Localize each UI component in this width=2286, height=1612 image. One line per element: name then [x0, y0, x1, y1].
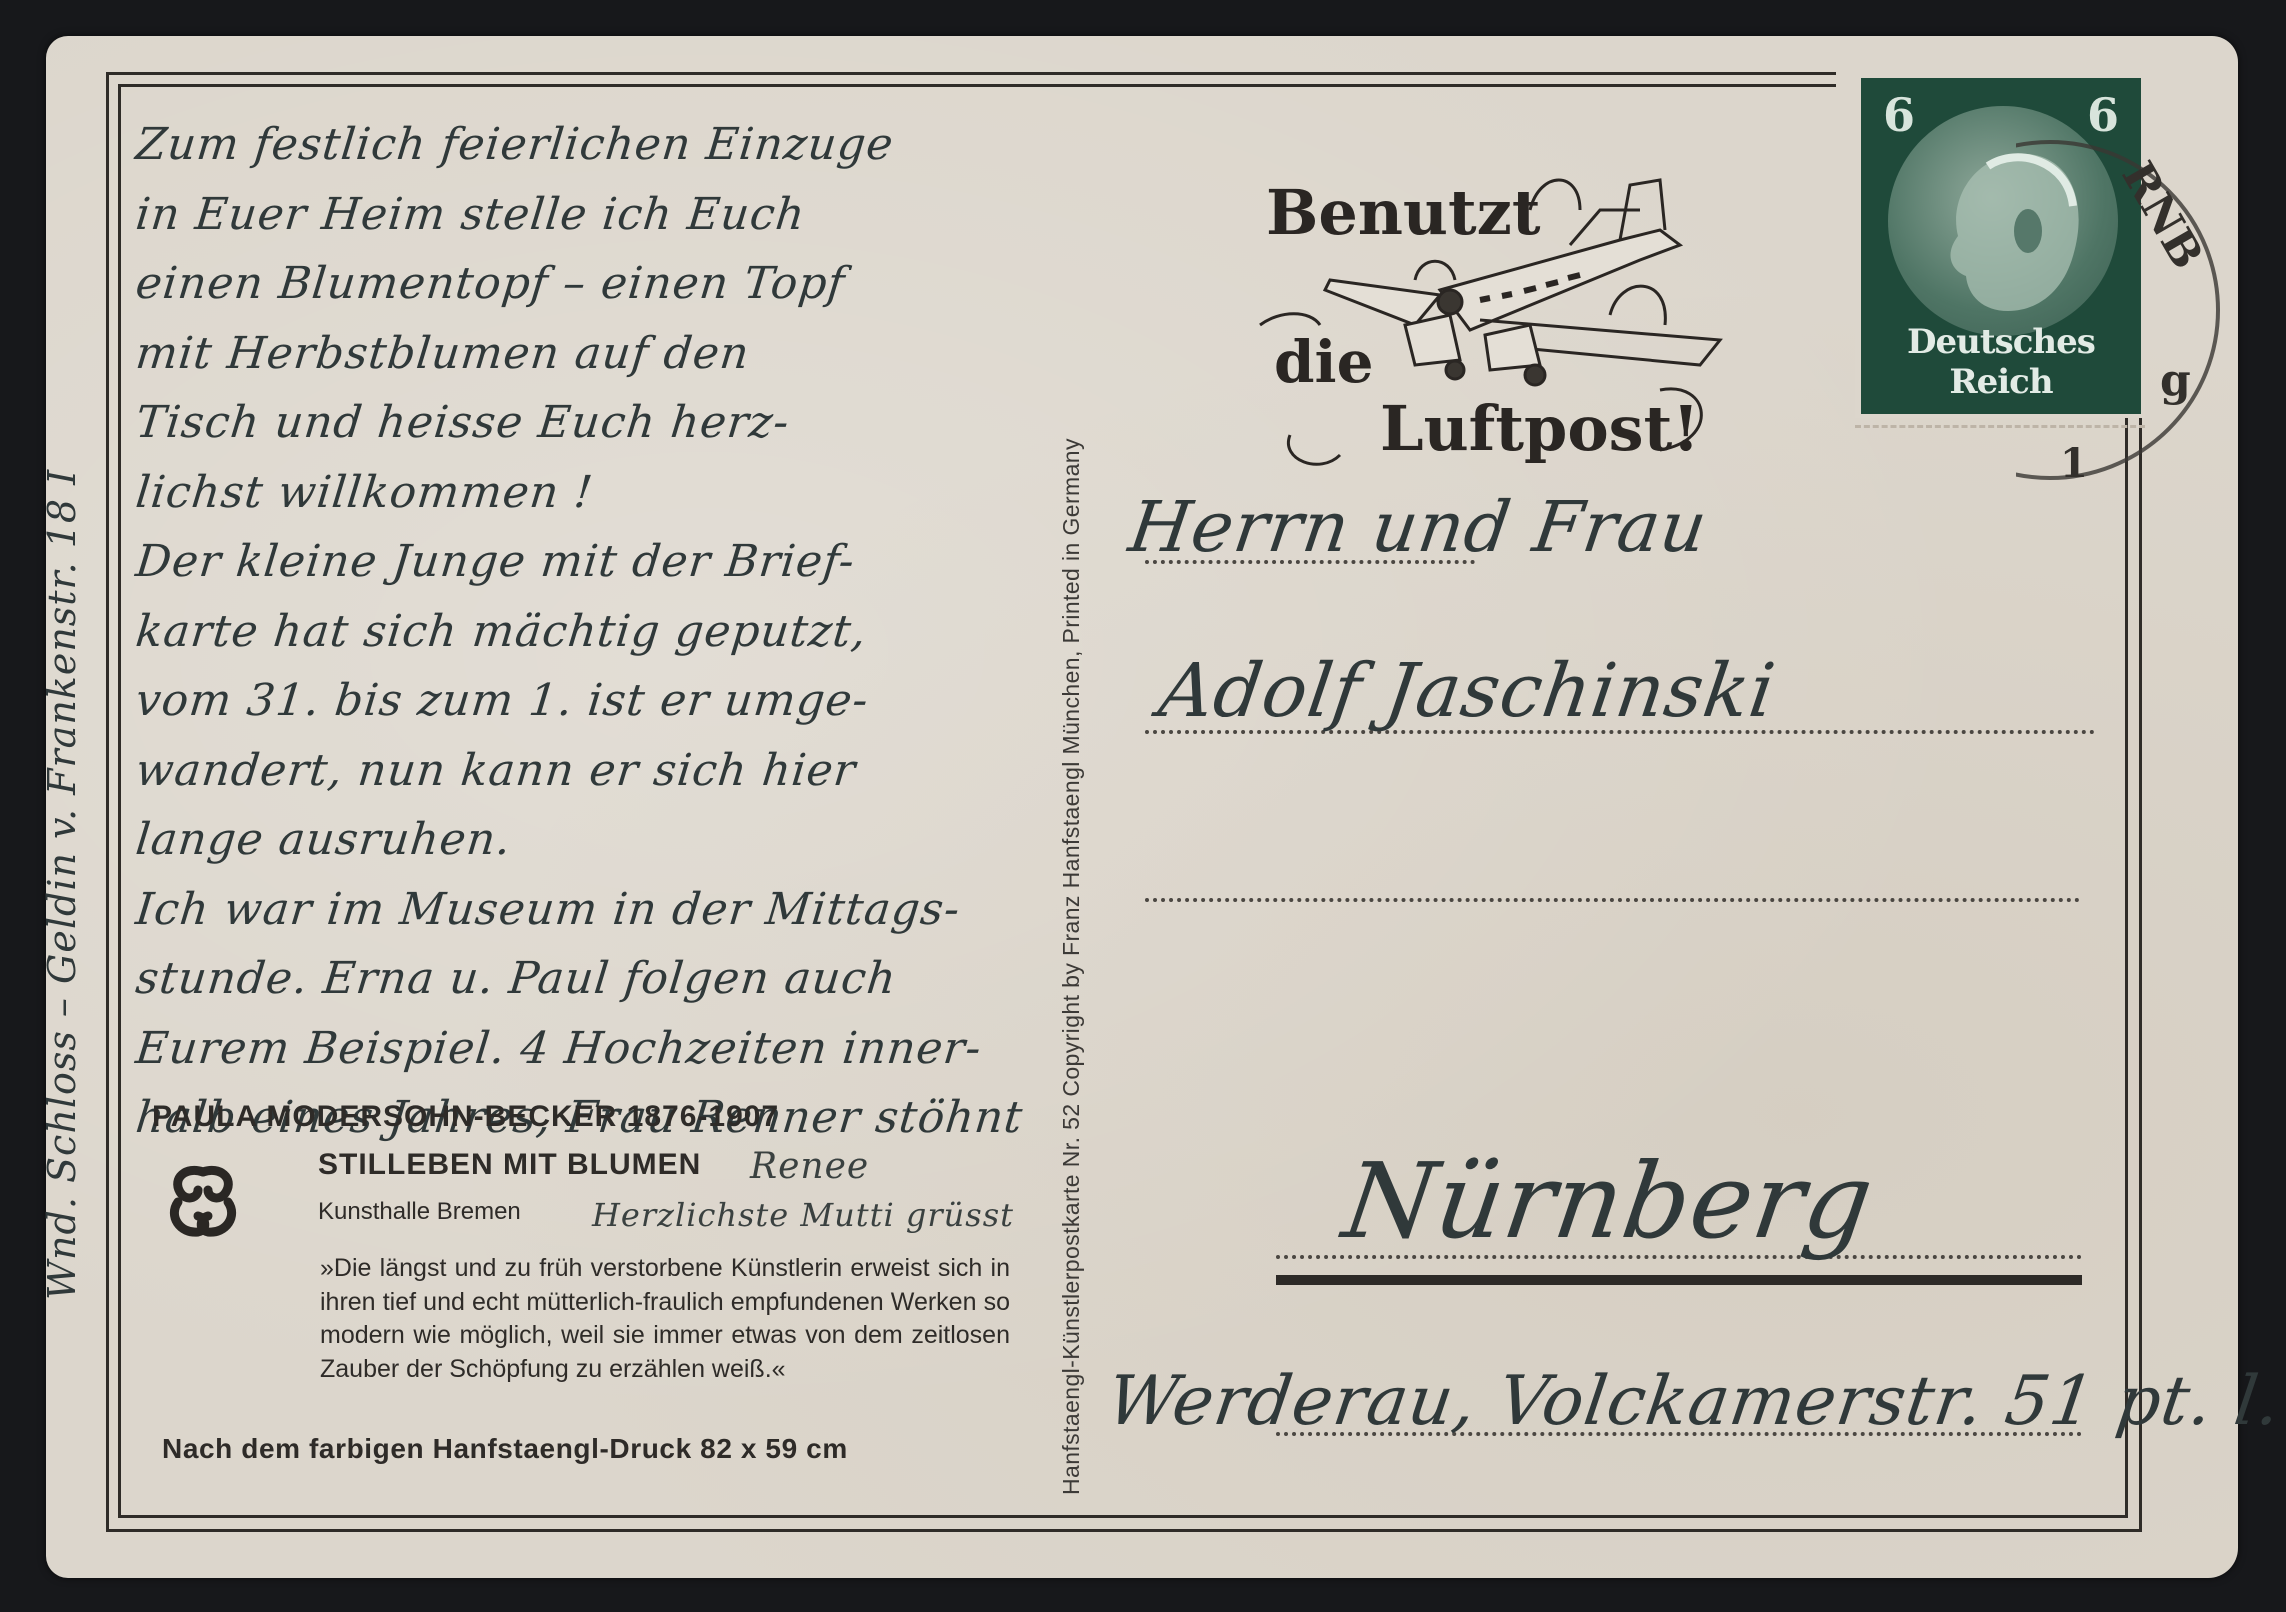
address-line-3	[1145, 898, 2080, 902]
message-line: Eurem Beispiel. 4 Hochzeiten inner-	[132, 1014, 1069, 1084]
artwork-quote: »Die längst und zu früh verstorbene Küns…	[320, 1252, 1010, 1386]
publisher-trefoil-logo-icon	[158, 1158, 248, 1248]
artwork-museum: Kunsthalle Bremen	[318, 1198, 521, 1226]
margin-side-note: Wnd. Schloss – Geldin v. Frankenstr. 18 …	[40, 60, 84, 1300]
message-line: lichst willkommen !	[132, 458, 1069, 528]
address-street: Werderau, Volckamerstr. 51 pt. l.	[1102, 1362, 2286, 1441]
airmail-slogan-cancel: Benutzt die Luftpost!	[1240, 150, 1800, 490]
message-line: Zum festlich feierlichen Einzuge	[132, 110, 1069, 180]
message-line: in Euer Heim stelle ich Euch	[132, 180, 1069, 250]
postmark-fragment-bottom: 1	[2060, 440, 2088, 487]
message-line: lange ausruhen.	[132, 805, 1069, 875]
message-line: Tisch und heisse Euch herz-	[132, 388, 1069, 458]
message-line: mit Herbstblumen auf den	[132, 319, 1069, 389]
message-line: karte hat sich mächtig geputzt,	[132, 597, 1069, 667]
address-city: Nürnberg	[1336, 1140, 1880, 1262]
publisher-vertical-text: Hanfstaengl-Künstlerpostkarte Nr. 52 Cop…	[1058, 438, 1085, 1495]
handwritten-message: Zum festlich feierlichen Einzuge in Euer…	[136, 110, 1066, 1153]
artwork-artist: PAULA MODERSOHN-BECKER 1876-1907	[152, 1100, 779, 1134]
message-line: wandert, nun kann er sich hier	[132, 736, 1069, 806]
handwritten-continuation-title: Renee	[750, 1146, 869, 1187]
handwritten-continuation-museum: Herzlichste Mutti grüsst	[592, 1196, 1014, 1234]
message-line: einen Blumentopf – einen Topf	[132, 249, 1069, 319]
artwork-title: STILLEBEN MIT BLUMEN	[318, 1148, 701, 1182]
message-line: stunde. Erna u. Paul folgen auch	[132, 944, 1069, 1014]
message-line: vom 31. bis zum 1. ist er umge-	[132, 666, 1069, 736]
message-line: Ich war im Museum in der Mittags-	[132, 875, 1069, 945]
address-salutation: Herrn und Frau	[1124, 486, 1712, 568]
address-name: Adolf Jaschinski	[1154, 648, 1781, 734]
message-line: Der kleine Junge mit der Brief-	[132, 527, 1069, 597]
artwork-print-note: Nach dem farbigen Hanfstaengl-Druck 82 x…	[162, 1433, 848, 1465]
airplane-icon	[1240, 150, 1800, 490]
city-underline-bar	[1276, 1275, 2082, 1285]
postmark-fragment-right: g	[2160, 355, 2191, 406]
